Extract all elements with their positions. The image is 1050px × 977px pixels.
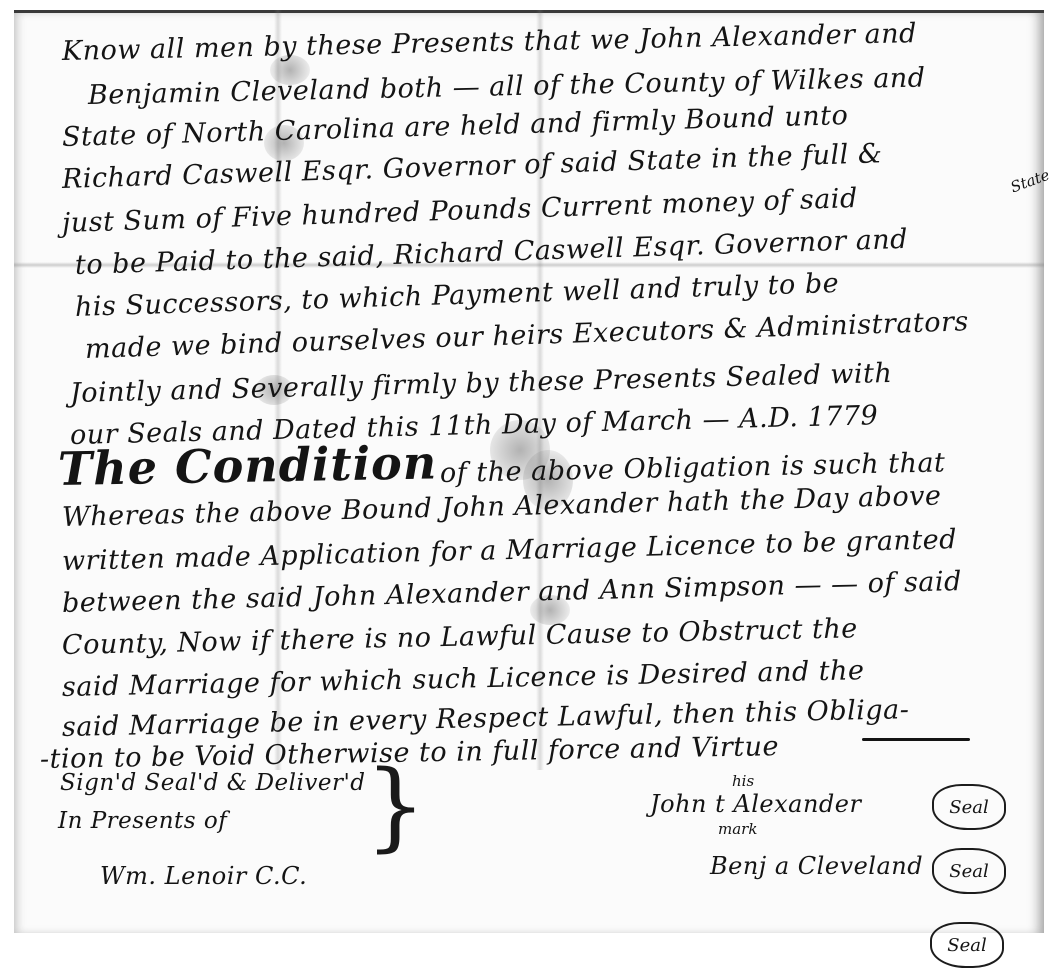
witness-brace: }	[365, 758, 426, 854]
witness-line-1: Sign'd Seal'd & Deliver'd	[60, 770, 366, 796]
signature-john-alexander: John t Alexander	[650, 790, 861, 818]
seal-3: Seal	[930, 922, 1004, 968]
witness-line-2: In Presents of	[58, 808, 227, 834]
signature-his: his	[732, 772, 754, 790]
seal-1: Seal	[932, 784, 1006, 830]
signature-mark: mark	[718, 820, 757, 838]
closing-rule	[862, 738, 970, 741]
signature-benjamin-cleveland: Benj a Cleveland	[710, 852, 923, 880]
witness-name: Wm. Lenoir C.C.	[100, 862, 307, 890]
condition-heading: The Condition	[58, 435, 438, 496]
seal-2: Seal	[932, 848, 1006, 894]
